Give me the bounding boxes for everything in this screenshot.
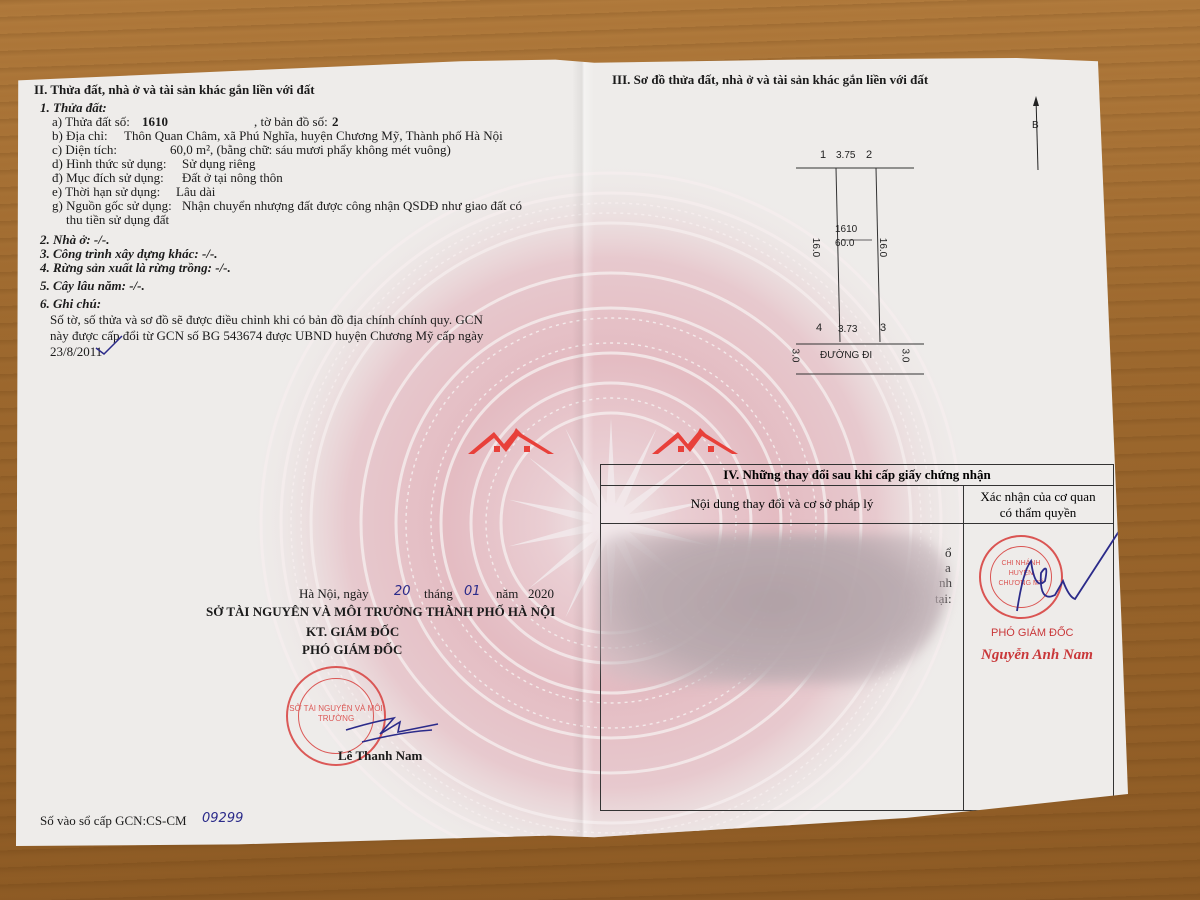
house-roof-logo-icon xyxy=(468,426,554,456)
sign-year-label: năm xyxy=(496,586,518,602)
registry-no: 09299 xyxy=(202,811,243,826)
corner-3: 3 xyxy=(880,322,886,334)
north-label: B xyxy=(1032,120,1039,131)
agency-name: SỞ TÀI NGUYÊN VÀ MÔI TRƯỜNG THÀNH PHỐ HÀ… xyxy=(206,604,555,620)
certificate-paper: II. Thửa đất, nhà ở và tài sản khác gắn … xyxy=(16,58,1128,858)
top-edge-length: 3.75 xyxy=(836,150,855,161)
bottom-edge-length: 3.73 xyxy=(838,324,857,335)
corner-4: 4 xyxy=(816,322,822,334)
confirm-position: PHÓ GIÁM ĐỐC xyxy=(991,627,1074,639)
col-confirm-header: Xác nhận của cơ quan có thẩm quyền xyxy=(963,485,1113,524)
parcel-sketch xyxy=(786,162,926,376)
north-arrow-icon xyxy=(1026,94,1046,174)
corner-2: 2 xyxy=(866,149,872,161)
sign-day: 20 xyxy=(394,584,411,599)
on-behalf: KT. GIÁM ĐỐC xyxy=(306,624,399,640)
confirm-signer: Nguyễn Anh Nam xyxy=(981,647,1093,664)
sign-place-prefix: Hà Nội, ngày xyxy=(299,586,369,602)
signature-left xyxy=(342,712,442,746)
sign-year: 2020 xyxy=(528,586,554,602)
signature-right xyxy=(1005,521,1125,621)
notes-heading: 6. Ghi chú: xyxy=(40,296,101,312)
redacted-area xyxy=(598,534,948,684)
corner-1: 1 xyxy=(820,149,826,161)
origin-line2: thu tiền sử dụng đất xyxy=(66,212,169,228)
section2-title: II. Thửa đất, nhà ở và tài sản khác gắn … xyxy=(34,82,315,98)
origin-line1: Nhận chuyển nhượng đất được công nhận QS… xyxy=(182,198,522,214)
parcel-area: 60.0 xyxy=(835,238,854,249)
paper-fold xyxy=(572,58,594,858)
col-confirm-line2: có thẩm quyền xyxy=(963,505,1113,521)
signer-name: Lê Thanh Nam xyxy=(338,748,422,764)
col-confirm-line1: Xác nhận của cơ quan xyxy=(963,489,1113,505)
sign-month: 01 xyxy=(464,584,481,599)
table-column-divider xyxy=(963,485,964,810)
section4-title: IV. Những thay đổi sau khi cấp giấy chứn… xyxy=(601,465,1113,486)
road-label: ĐƯỜNG ĐI xyxy=(820,350,872,361)
checkmark-ink xyxy=(94,334,124,356)
left-edge-length: 16.0 xyxy=(810,238,821,257)
right-edge-length: 16.0 xyxy=(877,238,888,257)
col-changes-header: Nội dung thay đổi và cơ sở pháp lý xyxy=(601,485,963,524)
road-width-left: 3.0 xyxy=(789,349,800,363)
fragment-1: ổ xyxy=(945,545,952,561)
notes-line1: Số tờ, số thửa và sơ đồ sẽ được điều chỉ… xyxy=(50,312,483,328)
registry-label: Số vào sổ cấp GCN:CS-CM xyxy=(40,813,187,829)
section3-title: III. Sơ đồ thửa đất, nhà ở và tài sản kh… xyxy=(612,72,928,88)
signer-position: PHÓ GIÁM ĐỐC xyxy=(302,642,402,658)
house-roof-logo-icon xyxy=(652,426,738,456)
parcel-number: 1610 xyxy=(835,224,857,235)
production-forest-item: 4. Rừng sản xuất là rừng trồng: -/-. xyxy=(40,260,231,276)
sign-month-label: tháng xyxy=(424,586,453,602)
road-width-right: 3.0 xyxy=(899,349,910,363)
perennial-trees-item: 5. Cây lâu năm: -/-. xyxy=(40,278,145,294)
